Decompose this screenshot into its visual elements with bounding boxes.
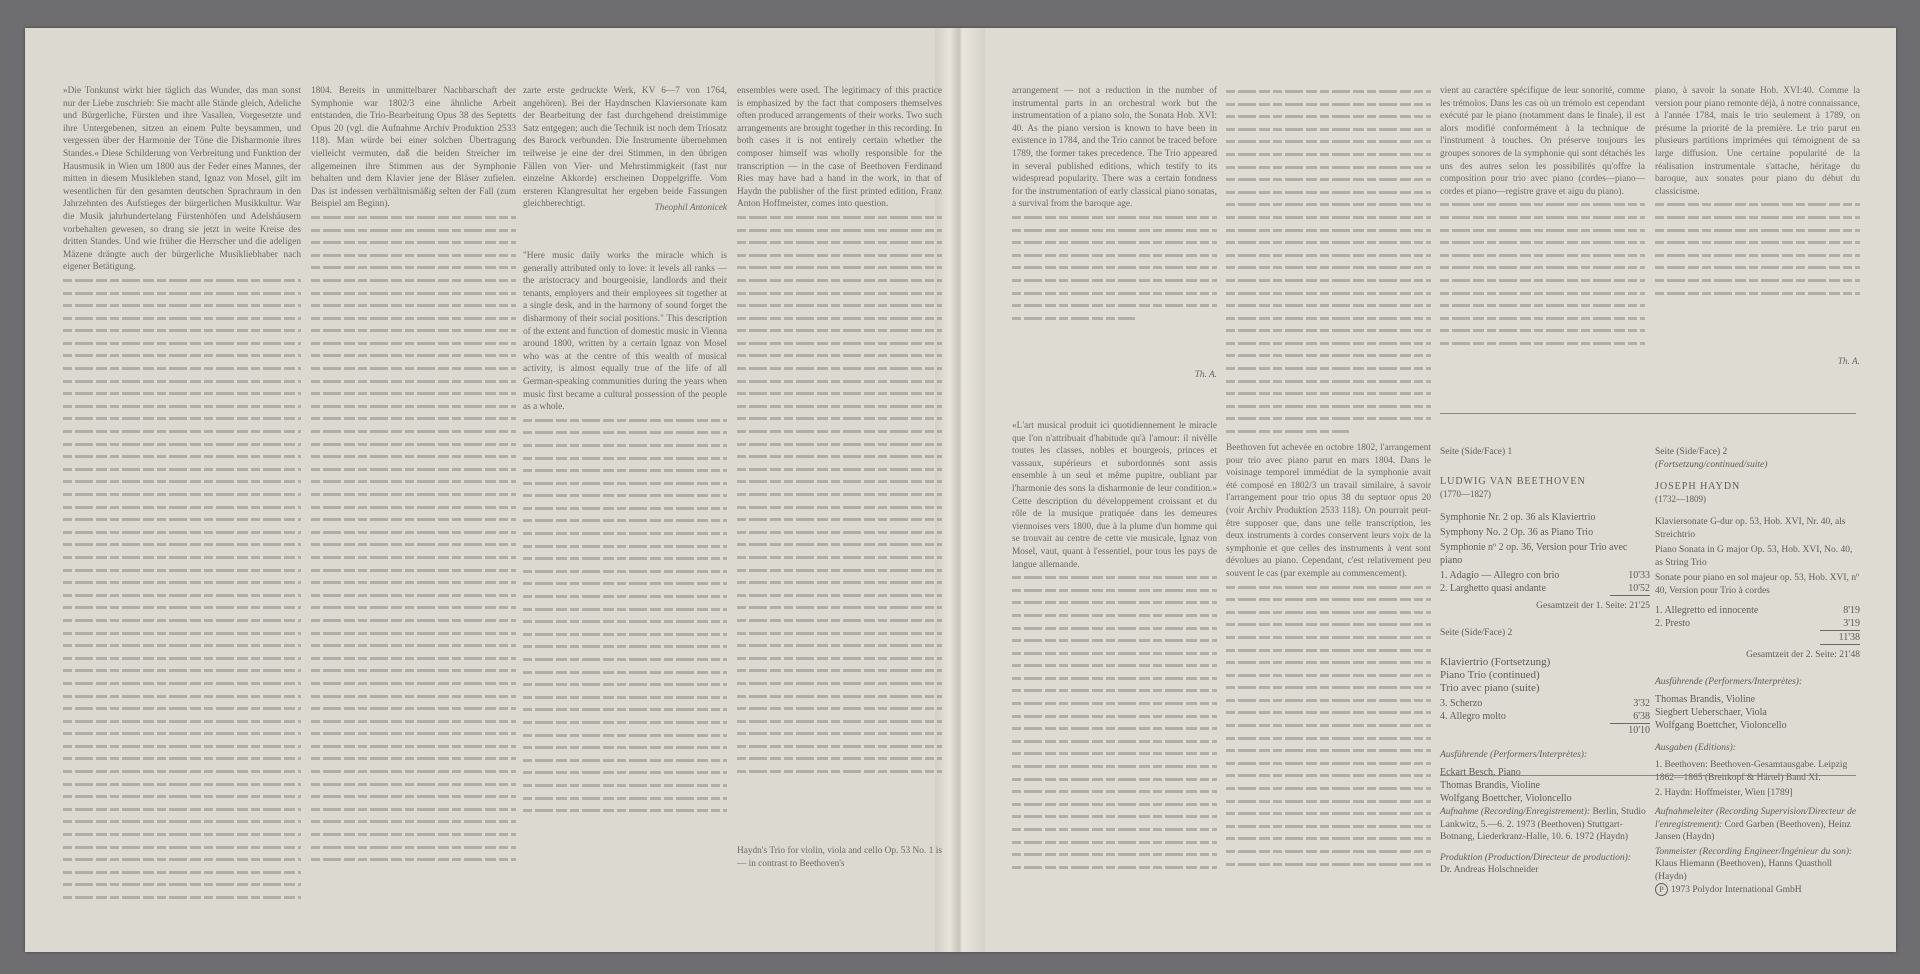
text-filler bbox=[1655, 198, 1860, 299]
credits-right: Aufnahmeleiter (Recording Supervision/Di… bbox=[1655, 806, 1860, 897]
text-filler bbox=[1012, 211, 1217, 324]
text-filler bbox=[1012, 571, 1217, 873]
track-row: 1. Adagio — Allegro con brio 10'33 bbox=[1440, 569, 1650, 582]
performer: Wolfgang Boettcher, Violoncello bbox=[1440, 792, 1650, 805]
text-filler bbox=[1226, 581, 1431, 871]
side2b-continued: (Fortsetzung/continued/suite) bbox=[1655, 459, 1860, 472]
side1-work-title-en: Symphony No. 2 Op. 36 as Piano Trio bbox=[1440, 526, 1650, 539]
phonogram-copyright-icon: P bbox=[1655, 883, 1668, 896]
track-label: 2. Presto bbox=[1655, 617, 1690, 631]
french-essay-col3: vient au caractère spécifique de leur so… bbox=[1440, 85, 1645, 385]
side2b-header: Seite (Side/Face) 2 bbox=[1655, 446, 1860, 459]
side1-header: Seite (Side/Face) 1 bbox=[1440, 446, 1650, 459]
track-row: 4. Allegro molto 6'38 bbox=[1440, 710, 1650, 724]
editions-header: Ausgaben (Editions): bbox=[1655, 742, 1860, 755]
performer: Thomas Brandis, Violine bbox=[1655, 693, 1860, 706]
side1-composer: LUDWIG VAN BEETHOVEN bbox=[1440, 475, 1650, 488]
french-essay-col1: «L'art musical produit ici quotidienneme… bbox=[1012, 420, 1217, 920]
side1-composer-dates: (1770—1827) bbox=[1440, 488, 1650, 501]
english-continued-text: arrangement — not a reduction in the num… bbox=[1012, 86, 1217, 209]
track-row: 3. Scherzo 3'32 bbox=[1440, 697, 1650, 710]
side2-work-title-fr: Trio avec piano (suite) bbox=[1440, 682, 1650, 695]
side2a-performers-header: Ausführende (Performers/Interprètes): bbox=[1440, 749, 1650, 762]
performer: Siegbert Ueberschaer, Viola bbox=[1655, 706, 1860, 719]
side2b-performers-header: Ausführende (Performers/Interprètes): bbox=[1655, 676, 1860, 689]
gatefold-spine bbox=[935, 28, 985, 952]
side2-work-title-de: Klaviertrio (Fortsetzung) bbox=[1440, 656, 1650, 669]
french-essay-col2-top bbox=[1226, 85, 1431, 440]
side2b-composer-dates: (1732—1809) bbox=[1655, 493, 1860, 506]
edition: 1. Beethoven: Beethoven-Gesamtausgabe. L… bbox=[1655, 759, 1860, 785]
track-row: 2. Presto 3'19 bbox=[1655, 617, 1860, 631]
side2b-work-title-en: Piano Sonata in G major Op. 53, Hob. XVI… bbox=[1655, 544, 1860, 570]
production-text: Dr. Andreas Holschneider bbox=[1440, 864, 1650, 877]
french-essay-col4: piano, à savoir la sonate Hob. XVI:40. C… bbox=[1655, 85, 1860, 350]
side2-work-title-en: Piano Trio (continued) bbox=[1440, 669, 1650, 682]
track-duration: 3'32 bbox=[1610, 697, 1650, 710]
edition: 2. Haydn: Hoffmeister, Wien [1789] bbox=[1655, 787, 1860, 800]
side2b-work-title-de: Klaviersonate G-dur op. 53, Hob. XVI, Nr… bbox=[1655, 516, 1860, 542]
french-essay-col4-text: piano, à savoir la sonate Hob. XVI:40. C… bbox=[1655, 86, 1860, 197]
tracklist-side1: Seite (Side/Face) 1 LUDWIG VAN BEETHOVEN… bbox=[1440, 446, 1650, 805]
track-duration: 3'19 bbox=[1820, 617, 1860, 631]
german-essay-col2-text: 1804. Bereits in unmittelbarer Nachbarsc… bbox=[311, 86, 516, 209]
side2b-subtotal: 11'38 bbox=[1820, 631, 1860, 645]
german-essay-col3: zarte erste gedruckte Werk, KV 6—7 von 1… bbox=[523, 85, 727, 215]
track-duration: 8'19 bbox=[1820, 604, 1860, 617]
english-essay-col5: ensembles were used. The legitimacy of t… bbox=[737, 85, 942, 845]
track-label: 2. Larghetto quasi andante bbox=[1440, 582, 1546, 596]
side1-work-title-fr: Symphonie nº 2 op. 36, Version pour Trio… bbox=[1440, 541, 1650, 567]
text-filler bbox=[1226, 85, 1431, 438]
copyright-line: P1973 Polydor International GmbH bbox=[1655, 883, 1860, 897]
french-essay-opening: «L'art musical produit ici quotidienneme… bbox=[1012, 421, 1217, 570]
german-essay-col2: 1804. Bereits in unmittelbarer Nachbarsc… bbox=[311, 85, 516, 920]
english-essay-col4: "Here music daily works the miracle whic… bbox=[523, 250, 727, 920]
french-essay-col2: Beethoven fut achevée en octobre 1802, l… bbox=[1226, 442, 1431, 920]
engineer-text: Klaus Hiemann (Beethoven), Hanns Quastho… bbox=[1655, 859, 1832, 882]
side2-header: Seite (Side/Face) 2 bbox=[1440, 627, 1650, 640]
track-label: 4. Allegro molto bbox=[1440, 710, 1506, 724]
text-filler bbox=[523, 414, 727, 817]
side2b-work-title-fr: Sonate pour piano en sol majeur op. 53, … bbox=[1655, 572, 1860, 598]
track-label: 3. Scherzo bbox=[1440, 697, 1482, 710]
side1-total-time: Gesamtzeit der 1. Seite: 21'25 bbox=[1440, 600, 1650, 613]
german-essay-col1: »Die Tonkunst wirkt hier täglich das Wun… bbox=[63, 85, 301, 920]
tracklist-side2-haydn: Seite (Side/Face) 2 (Fortsetzung/continu… bbox=[1655, 446, 1860, 800]
german-essay-col3-text: zarte erste gedruckte Werk, KV 6—7 von 1… bbox=[523, 86, 727, 209]
production-label: Produktion (Production/Directeur de prod… bbox=[1440, 852, 1650, 865]
track-duration: 10'52 bbox=[1610, 582, 1650, 596]
engineer-label: Tonmeister (Recording Engineer/Ingénieur… bbox=[1655, 847, 1852, 857]
track-duration: 6'38 bbox=[1610, 710, 1650, 724]
track-duration: 10'33 bbox=[1610, 569, 1650, 582]
divider-rule-bottom bbox=[1440, 775, 1856, 776]
side1-work-title-de: Symphonie Nr. 2 op. 36 als Klaviertrio bbox=[1440, 511, 1650, 524]
subtotal-row: 11'38 bbox=[1655, 631, 1860, 645]
english-essay-opening: "Here music daily works the miracle whic… bbox=[523, 251, 727, 412]
french-essay-col2-text: Beethoven fut achevée en octobre 1802, l… bbox=[1226, 443, 1431, 579]
english-signature: Th. A. bbox=[1012, 369, 1217, 382]
copyright-text: 1973 Polydor International GmbH bbox=[1671, 885, 1802, 895]
side2a-subtotal: 10'10 bbox=[1610, 724, 1650, 737]
text-filler bbox=[1440, 198, 1645, 349]
english-essay-col5-text: ensembles were used. The legitimacy of t… bbox=[737, 86, 942, 209]
german-essay-signature: Theophil Antonicek bbox=[523, 202, 727, 215]
performer: Eckart Besch, Piano bbox=[1440, 766, 1650, 779]
text-filler bbox=[63, 274, 301, 904]
english-continued-col: arrangement — not a reduction in the num… bbox=[1012, 85, 1217, 345]
side2-total-time: Gesamtzeit der 2. Seite: 21'48 bbox=[1655, 649, 1860, 662]
credits-left: Aufnahme (Recording/Enregistrement): Ber… bbox=[1440, 806, 1650, 877]
english-essay-col5-end: Haydn's Trio for violin, viola and cello… bbox=[737, 845, 942, 870]
track-row: 2. Larghetto quasi andante 10'52 bbox=[1440, 582, 1650, 596]
subtotal-row: 10'10 bbox=[1440, 724, 1650, 737]
track-label: 1. Allegretto ed innocente bbox=[1655, 604, 1758, 617]
recording-label: Aufnahme (Recording/Enregistrement): bbox=[1440, 807, 1590, 817]
text-filler bbox=[311, 211, 516, 866]
french-essay-col3-text: vient au caractère spécifique de leur so… bbox=[1440, 86, 1645, 197]
divider-rule-top bbox=[1440, 413, 1856, 414]
side2b-composer: JOSEPH HAYDN bbox=[1655, 480, 1860, 493]
text-filler bbox=[737, 211, 942, 778]
track-label: 1. Adagio — Allegro con brio bbox=[1440, 569, 1559, 582]
french-signature: Th. A. bbox=[1655, 356, 1860, 369]
track-row: 1. Allegretto ed innocente 8'19 bbox=[1655, 604, 1860, 617]
performer: Thomas Brandis, Violine bbox=[1440, 779, 1650, 792]
performer: Wolfgang Boettcher, Violoncello bbox=[1655, 719, 1860, 732]
german-essay-opening: »Die Tonkunst wirkt hier täglich das Wun… bbox=[63, 86, 301, 272]
